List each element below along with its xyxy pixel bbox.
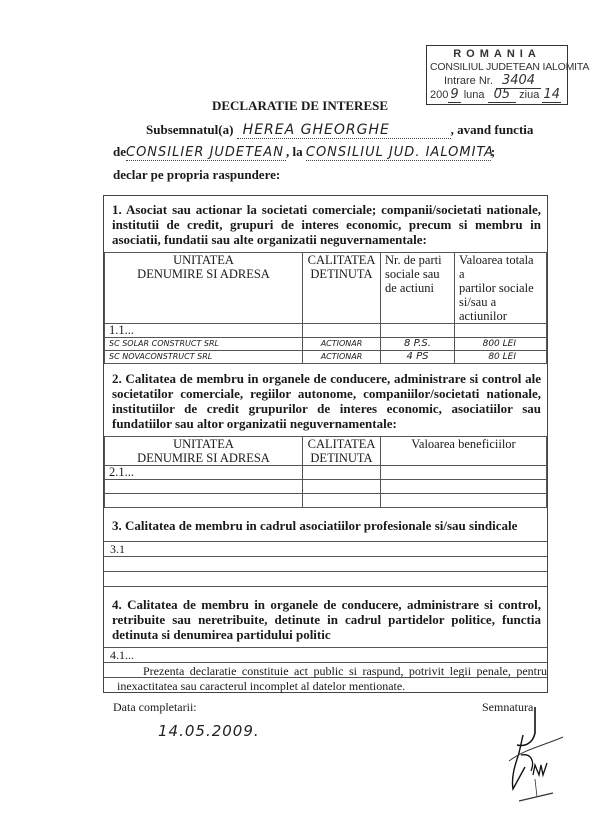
- section-1-box: 1. Asociat sau actionar la societati com…: [103, 195, 548, 693]
- col-header-value: Valoarea totala apartilor socialesi/sau …: [455, 253, 547, 324]
- stamp-country: ROMANIA: [430, 48, 564, 61]
- col-header-unit: UNITATEADENUMIRE SI ADRESA: [105, 437, 303, 466]
- cell-shares[interactable]: 8 P.S.: [381, 338, 455, 351]
- legal-statement: Prezenta declaratie constituie act publi…: [117, 664, 547, 694]
- date-value[interactable]: 14.05.2009.: [158, 722, 260, 740]
- cell-role[interactable]: ACTIONAR: [303, 338, 381, 351]
- undersigned-name[interactable]: HEREA GHEORGHE: [237, 122, 451, 139]
- registration-stamp: ROMANIA CONSILIUL JUDETEAN IALOMITA Intr…: [426, 45, 568, 105]
- table-row: SC NOVACONSTRUCT SRL ACTIONAR 4 PS 80 LE…: [105, 351, 547, 364]
- function-value[interactable]: CONSILIER JUDETEAN: [126, 145, 286, 161]
- section-2-header-row: UNITATEADENUMIRE SI ADRESA CALITATEADETI…: [105, 437, 547, 466]
- cell-value[interactable]: 80 LEI: [455, 351, 547, 364]
- row-label: 1.1...: [105, 324, 303, 338]
- section-3-heading: 3. Calitatea de membru in cadrul asociat…: [104, 508, 547, 541]
- undersigned-line: Subsemnatul(a) HEREA GHEORGHE, avand fun…: [146, 122, 533, 139]
- having-function-label: , avand functia: [451, 122, 534, 137]
- col-header-role: CALITATEADETINUTA: [303, 437, 381, 466]
- col-header-role: CALITATEADETINUTA: [303, 253, 381, 324]
- cell-shares[interactable]: 4 PS: [381, 351, 455, 364]
- row-label: 2.1...: [105, 466, 303, 480]
- section-3-row: [104, 556, 547, 571]
- table-row: [105, 480, 547, 494]
- date-label: Data completarii:: [113, 700, 197, 715]
- table-row: 1.1...: [105, 324, 547, 338]
- la-label: , la: [286, 144, 303, 159]
- function-line: deCONSILIER JUDETEAN, la CONSILIUL JUD. …: [113, 144, 495, 161]
- signature-mark: [495, 705, 565, 815]
- cell-role[interactable]: ACTIONAR: [303, 351, 381, 364]
- table-row: [105, 494, 547, 508]
- declare-text: declar pe propria raspundere:: [113, 167, 280, 183]
- section-1-table: UNITATEADENUMIRE SI ADRESA CALITATEADETI…: [104, 252, 547, 364]
- section-2-heading: 2. Calitatea de membru in organele de co…: [104, 364, 547, 436]
- de-label: de: [113, 144, 126, 159]
- section-3-row: 3.1: [104, 541, 547, 556]
- section-4-heading: 4. Calitatea de membru in organele de co…: [104, 586, 547, 647]
- undersigned-label: Subsemnatul(a): [146, 122, 233, 137]
- section-3-row: [104, 571, 547, 586]
- cell-unit[interactable]: SC NOVACONSTRUCT SRL: [105, 351, 303, 364]
- document-title: DECLARATIE DE INTERESE: [0, 98, 600, 114]
- section-1-header-row: UNITATEADENUMIRE SI ADRESA CALITATEADETI…: [105, 253, 547, 324]
- section-1-heading: 1. Asociat sau actionar la societati com…: [104, 196, 547, 252]
- cell-value[interactable]: 800 LEI: [455, 338, 547, 351]
- stamp-entry: Intrare Nr. 3404: [430, 74, 564, 88]
- col-header-shares: Nr. de partisociale saude actiuni: [381, 253, 455, 324]
- table-row: SC SOLAR CONSTRUCT SRL ACTIONAR 8 P.S. 8…: [105, 338, 547, 351]
- institution-value[interactable]: CONSILIUL JUD. IALOMITA: [306, 145, 491, 161]
- section-4-row: 4.1...: [104, 647, 547, 662]
- table-row: 2.1...: [105, 466, 547, 480]
- stamp-entry-label: Intrare Nr.: [444, 75, 493, 87]
- cell-unit[interactable]: SC SOLAR CONSTRUCT SRL: [105, 338, 303, 351]
- col-header-unit: UNITATEADENUMIRE SI ADRESA: [105, 253, 303, 324]
- section-2-table: UNITATEADENUMIRE SI ADRESA CALITATEADETI…: [104, 436, 547, 508]
- col-header-benefits: Valoarea beneficiilor: [381, 437, 547, 466]
